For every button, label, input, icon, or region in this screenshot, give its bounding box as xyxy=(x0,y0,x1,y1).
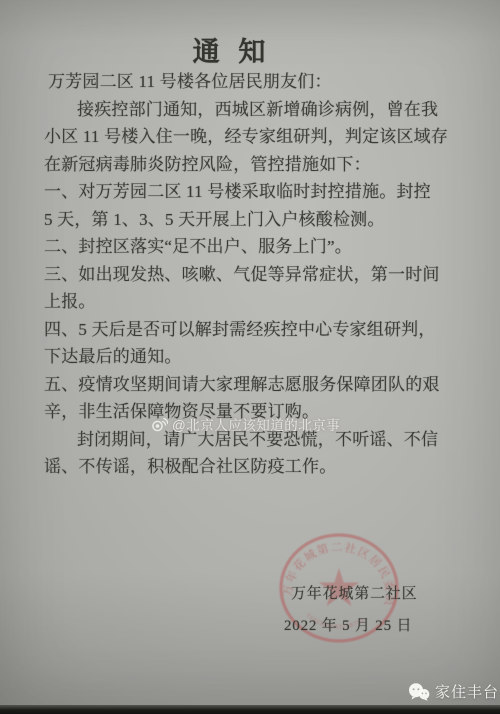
notice-line: 万芳园二区 11 号楼各位居民朋友们： xyxy=(44,68,456,96)
weibo-icon xyxy=(151,417,168,432)
weibo-watermark: @北京人应该知道的北京事 xyxy=(151,414,340,434)
notice-line: 五、疫情攻坚期间请大家理解志愿服务保障团队的艰 xyxy=(44,371,456,399)
wechat-watermark-text: 家住丰台 xyxy=(435,681,499,702)
notice-title: 通 知 xyxy=(0,30,464,69)
notice-line: 上报。 xyxy=(44,288,456,316)
photo-bottom-edge xyxy=(0,705,500,714)
wechat-watermark: 家住丰台 xyxy=(408,681,499,702)
notice-line: 5 天，第 1、3、5 天开展上门入户核酸检测。 xyxy=(44,206,456,234)
wechat-icon xyxy=(408,683,430,701)
notice-line: 接疾控部门通知，西城区新增确诊病例，曾在我 xyxy=(44,96,456,124)
notice-line: 在新冠病毒肺炎防控风险，管控措施如下： xyxy=(44,151,456,179)
notice-line: 谣、不传谣，积极配合社区防疫工作。 xyxy=(44,453,456,481)
notice-line: 一、对万芳园二区 11 号楼采取临时封控措施。封控 xyxy=(44,178,456,206)
signature-name: 万年花城第二社区 xyxy=(291,582,417,603)
notice-line: 二、封控区落实“足不出户、服务上门”。 xyxy=(44,233,456,261)
weibo-watermark-text: @北京人应该知道的北京事 xyxy=(172,414,340,434)
notice-line: 小区 11 号楼入住一晚，经专家组研判，判定该区域存 xyxy=(44,123,456,151)
signature-date: 2022 年 5 月 25 日 xyxy=(284,614,412,635)
notice-line: 四、5 天后是否可以解封需经疾控中心专家组研判， xyxy=(44,316,456,344)
notice-line: 下达最后的通知。 xyxy=(44,343,456,371)
notice-line: 三、如出现发热、咳嗽、气促等异常症状，第一时间 xyxy=(44,261,456,289)
notice-photo: 通 知 万芳园二区 11 号楼各位居民朋友们： 接疾控部门通知，西城区新增确诊病… xyxy=(0,0,500,714)
